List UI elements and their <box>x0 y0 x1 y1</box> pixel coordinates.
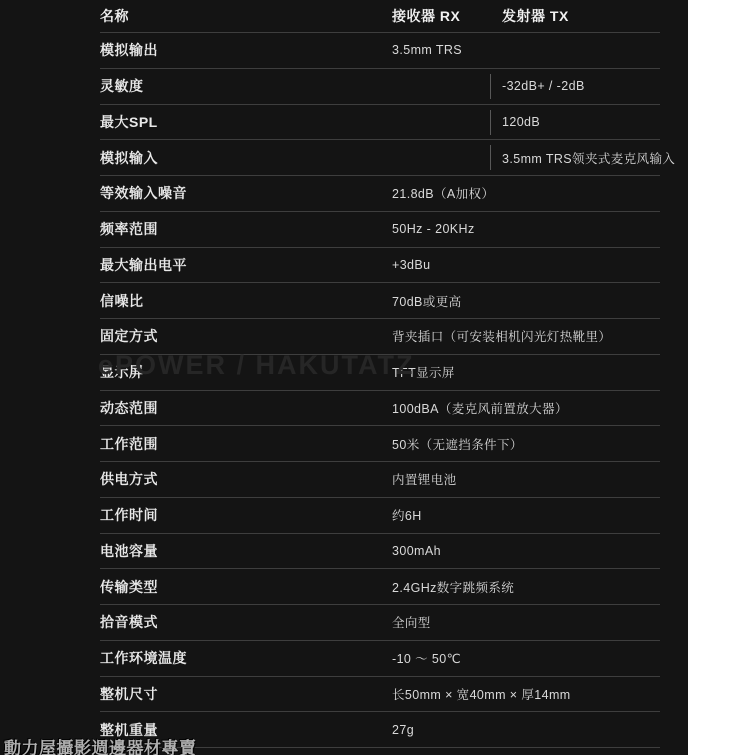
spec-row: 最大输出电平+3dBu <box>100 248 660 284</box>
spec-label: 灵敏度 <box>100 76 144 96</box>
spec-value: 21.8dB（A加权） <box>392 184 494 202</box>
page: 名称 接收器 RX 发射器 TX 模拟输出3.5mm TRS灵敏度-32dB+ … <box>0 0 755 755</box>
spec-row: 灵敏度-32dB+ / -2dB <box>100 69 660 105</box>
spec-value: 内置锂电池 <box>392 470 457 488</box>
spec-row: 模拟输出3.5mm TRS <box>100 33 660 69</box>
watermark-center: ePOWER / HAKUTATZ <box>98 350 415 381</box>
spec-value: 3.5mm TRS领夹式麦克风输入 <box>502 149 675 167</box>
spec-label: 模拟输出 <box>100 40 158 60</box>
spec-label: 整机尺寸 <box>100 684 158 704</box>
spec-label: 工作环境温度 <box>100 648 187 668</box>
spec-label: 供电方式 <box>100 469 158 489</box>
spec-row: 工作范围50米（无遮挡条件下） <box>100 426 660 462</box>
spec-row: 拾音模式全向型 <box>100 605 660 641</box>
spec-label: 频率范围 <box>100 219 158 239</box>
spec-label: 工作范围 <box>100 434 158 454</box>
spec-value: 27g <box>392 723 414 737</box>
spec-row: 最大SPL120dB <box>100 105 660 141</box>
spec-row: 工作时间约6H <box>100 498 660 534</box>
spec-value: 3.5mm TRS <box>392 43 462 57</box>
spec-label: 拾音模式 <box>100 612 158 632</box>
spec-table-header: 名称 接收器 RX 发射器 TX <box>100 0 660 33</box>
header-tx: 发射器 TX <box>502 6 569 26</box>
spec-label: 固定方式 <box>100 326 158 346</box>
spec-label: 等效输入噪音 <box>100 183 187 203</box>
spec-row: 传输类型2.4GHz数字跳频系统 <box>100 569 660 605</box>
spec-row: 动态范围100dBA（麦克风前置放大器） <box>100 391 660 427</box>
spec-value: 100dBA（麦克风前置放大器） <box>392 399 568 417</box>
spec-value: -10 ～ 50℃ <box>392 649 461 667</box>
header-name: 名称 <box>100 6 129 26</box>
spec-value: 背夹插口（可安装相机闪光灯热靴里） <box>392 327 611 345</box>
spec-value: 120dB <box>502 115 540 129</box>
spec-label: 最大输出电平 <box>100 255 187 275</box>
spec-value: 全向型 <box>392 613 431 631</box>
spec-value: 约6H <box>392 506 422 524</box>
header-rx: 接收器 RX <box>392 6 460 26</box>
column-divider <box>490 74 491 99</box>
spec-label: 工作时间 <box>100 505 158 525</box>
spec-label: 模拟输入 <box>100 148 158 168</box>
spec-value: 300mAh <box>392 544 441 558</box>
column-divider <box>490 145 491 170</box>
spec-row: 等效输入噪音21.8dB（A加权） <box>100 176 660 212</box>
column-divider <box>490 110 491 135</box>
spec-value: 长50mm × 宽40mm × 厚14mm <box>392 685 571 703</box>
spec-row: 整机尺寸长50mm × 宽40mm × 厚14mm <box>100 677 660 713</box>
spec-value: +3dBu <box>392 258 431 272</box>
spec-value: -32dB+ / -2dB <box>502 79 585 93</box>
spec-row: 工作环境温度-10 ～ 50℃ <box>100 641 660 677</box>
spec-label: 电池容量 <box>100 541 158 561</box>
spec-row: 供电方式内置锂电池 <box>100 462 660 498</box>
spec-value: 50米（无遮挡条件下） <box>392 435 523 453</box>
spec-rows: 模拟输出3.5mm TRS灵敏度-32dB+ / -2dB最大SPL120dB模… <box>100 33 660 748</box>
spec-value: 2.4GHz数字跳频系统 <box>392 578 514 596</box>
spec-row: 信噪比70dB或更高 <box>100 283 660 319</box>
spec-panel: 名称 接收器 RX 发射器 TX 模拟输出3.5mm TRS灵敏度-32dB+ … <box>0 0 688 755</box>
spec-row: 频率范围50Hz - 20KHz <box>100 212 660 248</box>
spec-row: 模拟输入3.5mm TRS领夹式麦克风输入 <box>100 140 660 176</box>
spec-value: 70dB或更高 <box>392 292 462 310</box>
watermark-bottom: 動力屋攝影週邊器材專賣 <box>4 734 197 755</box>
spec-label: 最大SPL <box>100 112 158 132</box>
spec-row: 电池容量300mAh <box>100 534 660 570</box>
spec-label: 信噪比 <box>100 291 144 311</box>
spec-label: 动态范围 <box>100 398 158 418</box>
spec-label: 传输类型 <box>100 577 158 597</box>
right-margin <box>688 0 755 755</box>
spec-value: 50Hz - 20KHz <box>392 222 475 236</box>
